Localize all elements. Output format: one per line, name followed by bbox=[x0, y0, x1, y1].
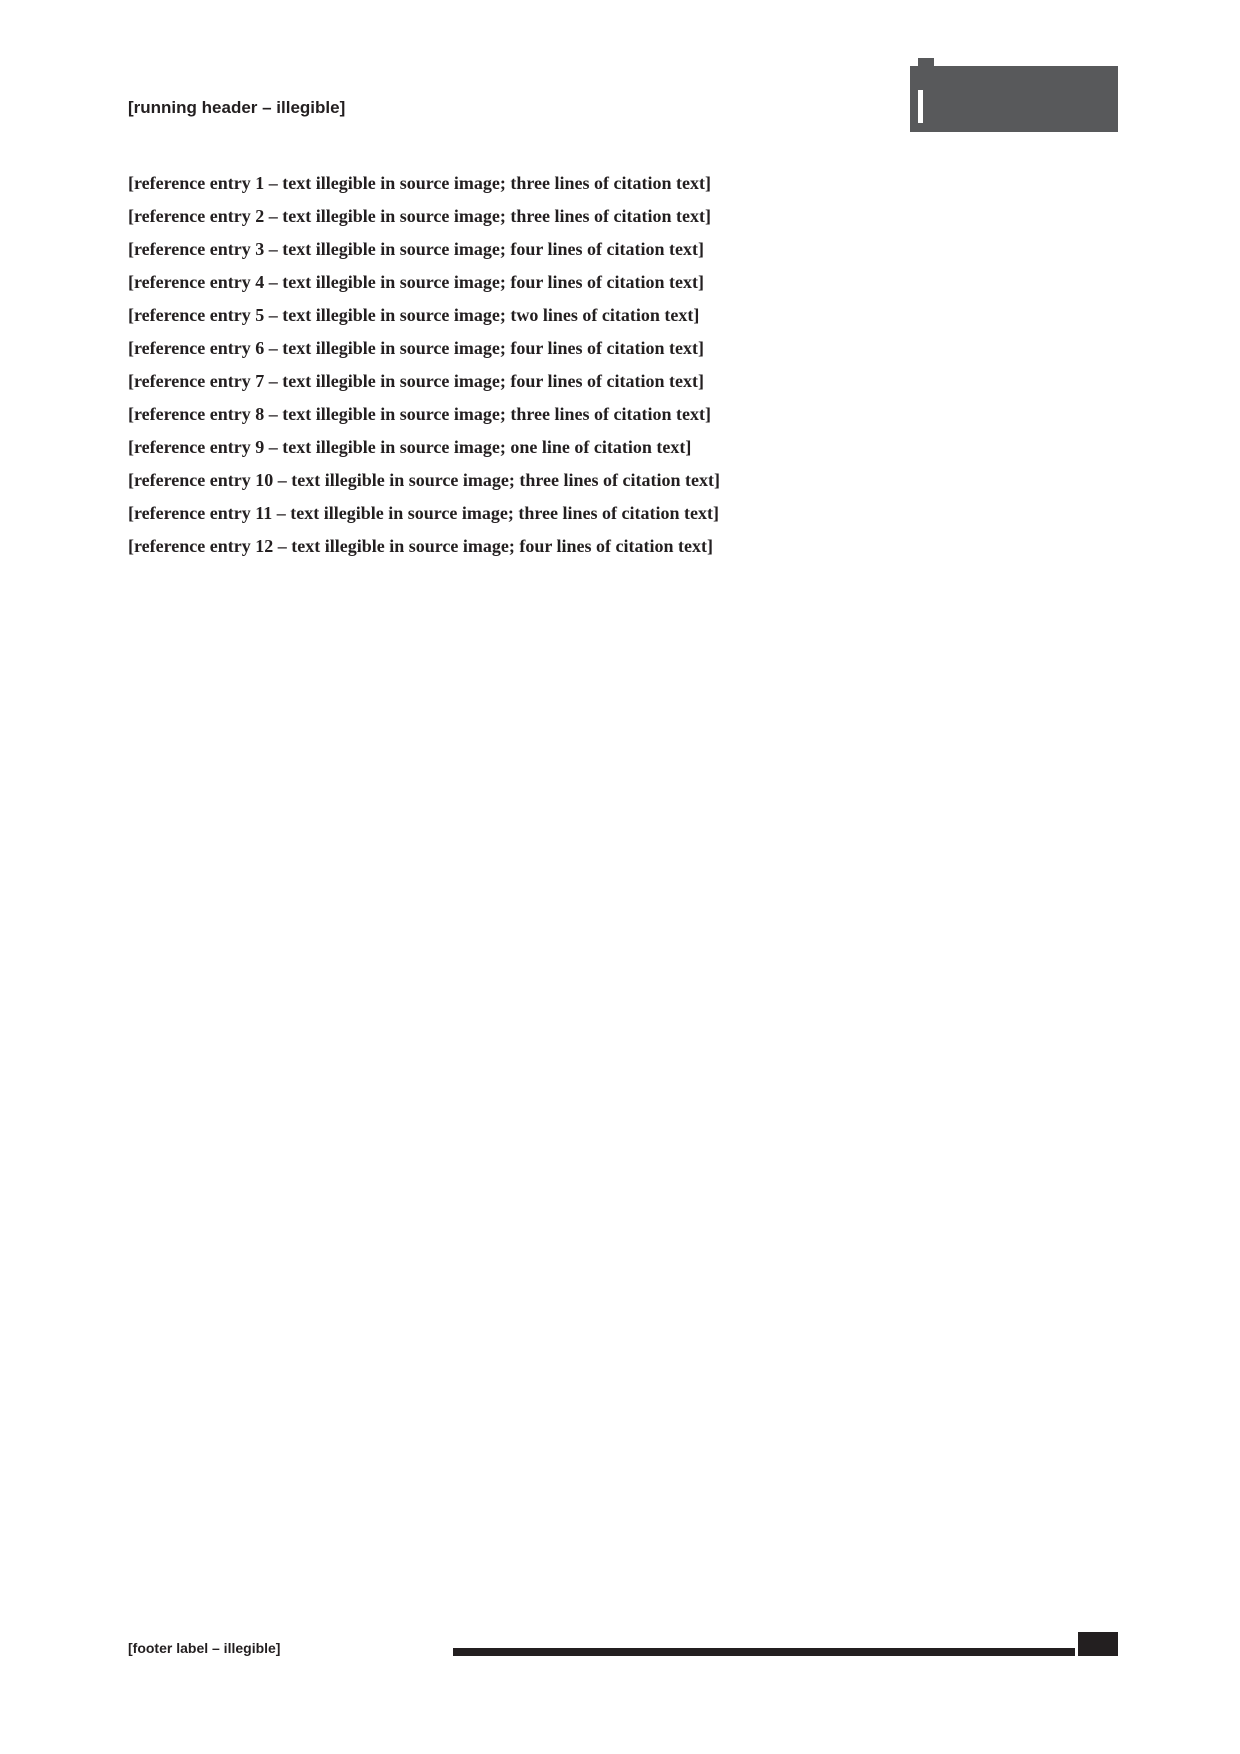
reference-entry: [reference entry 1 – text illegible in s… bbox=[128, 168, 1118, 199]
reference-entry: [reference entry 2 – text illegible in s… bbox=[128, 201, 1118, 232]
reference-entry: [reference entry 9 – text illegible in s… bbox=[128, 432, 1118, 463]
reference-entry: [reference entry 5 – text illegible in s… bbox=[128, 300, 1118, 331]
reference-entry: [reference entry 4 – text illegible in s… bbox=[128, 267, 1118, 298]
reference-entry: [reference entry 12 – text illegible in … bbox=[128, 531, 1118, 562]
running-header: [running header – illegible] bbox=[128, 98, 345, 118]
reference-entry: [reference entry 8 – text illegible in s… bbox=[128, 399, 1118, 430]
reference-entry: [reference entry 6 – text illegible in s… bbox=[128, 333, 1118, 364]
footer-label: [footer label – illegible] bbox=[128, 1640, 280, 1656]
footer-divider bbox=[453, 1648, 1075, 1656]
page-header: [running header – illegible] bbox=[128, 92, 1118, 142]
page-number bbox=[1078, 1632, 1118, 1656]
logo-notch bbox=[918, 58, 934, 68]
journal-logo bbox=[910, 66, 1118, 132]
reference-list: [reference entry 1 – text illegible in s… bbox=[128, 168, 1118, 564]
page-footer: [footer label – illegible] bbox=[128, 1640, 1118, 1670]
reference-entry: [reference entry 7 – text illegible in s… bbox=[128, 366, 1118, 397]
logo-slot bbox=[918, 90, 923, 123]
reference-entry: [reference entry 10 – text illegible in … bbox=[128, 465, 1118, 496]
reference-entry: [reference entry 3 – text illegible in s… bbox=[128, 234, 1118, 265]
reference-entry: [reference entry 11 – text illegible in … bbox=[128, 498, 1118, 529]
